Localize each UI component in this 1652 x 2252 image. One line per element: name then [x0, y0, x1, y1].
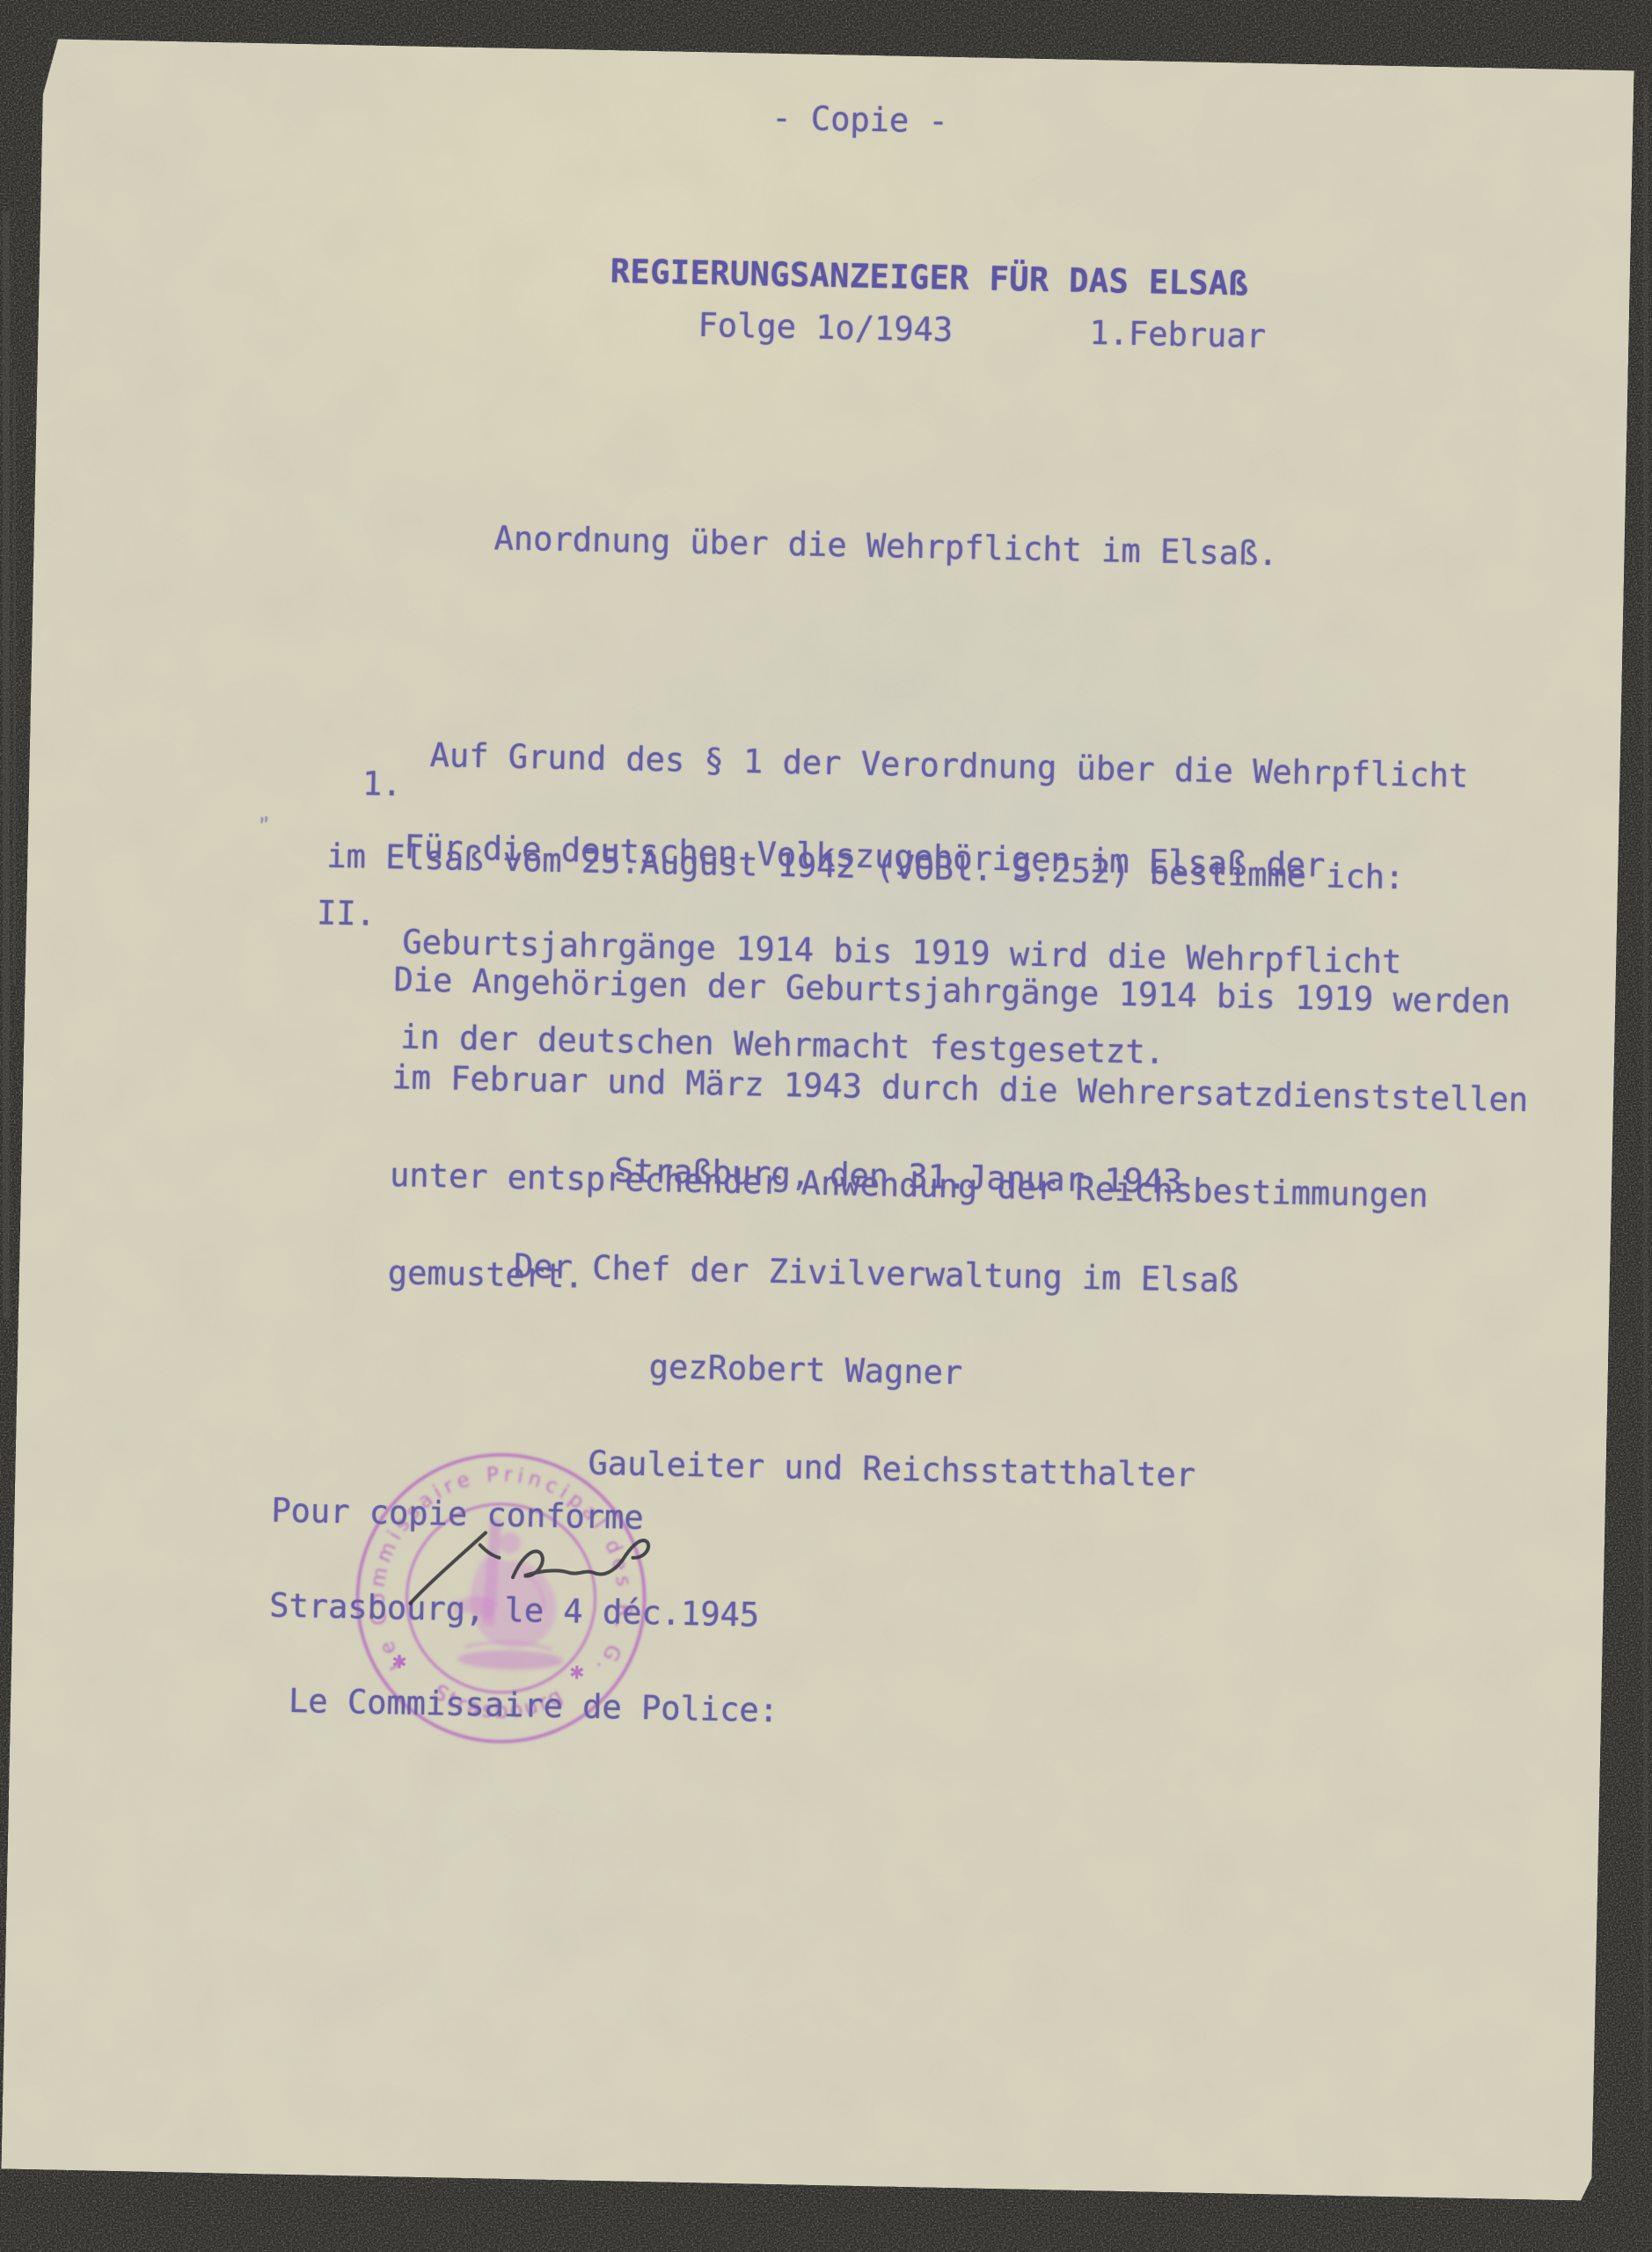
- ink-speck: „: [254, 797, 272, 831]
- masthead-date: 1.Februar: [1089, 317, 1266, 353]
- signature-office: Der Chef der Zivilverwaltung im Elsaß: [514, 1250, 1239, 1298]
- item-1-marker: 1.: [362, 767, 402, 801]
- signature-signed: gezRobert Wagner: [512, 1348, 1238, 1395]
- signature-place-date: Straßburg, den 31.Januar 1943: [515, 1152, 1241, 1200]
- copy-label: - Copie -: [771, 102, 948, 138]
- backdrop-edge-highlight: [1643, 88, 1648, 2111]
- subject-line: Anordnung über die Wehrpflicht im Elsaß.: [493, 522, 1278, 570]
- handwritten-signature: [380, 1504, 673, 1642]
- item-1-line: Für die deutschen Volkszugehörigen im El…: [404, 831, 1404, 883]
- masthead-title: REGIERUNGSANZEIGER FÜR DAS ELSAß: [610, 255, 1248, 301]
- masthead-issue-line: Folge 1o/1943 1.Februar: [698, 309, 1266, 353]
- masthead-issue: Folge 1o/1943: [698, 309, 1090, 349]
- item-2-marker: II.: [317, 896, 376, 930]
- item-2-line: Die Angehörigen der Geburtsjahrgänge 191…: [393, 963, 1530, 1019]
- backdrop-scratch: [3, 211, 10, 1320]
- signature-stroke: [410, 1532, 648, 1608]
- backdrop-scratch: [13, 369, 16, 985]
- certification-line: Le Commissaire de Police:: [267, 1685, 779, 1727]
- document-page: - Copie - REGIERUNGSANZEIGER FÜR DAS ELS…: [1, 39, 1634, 2201]
